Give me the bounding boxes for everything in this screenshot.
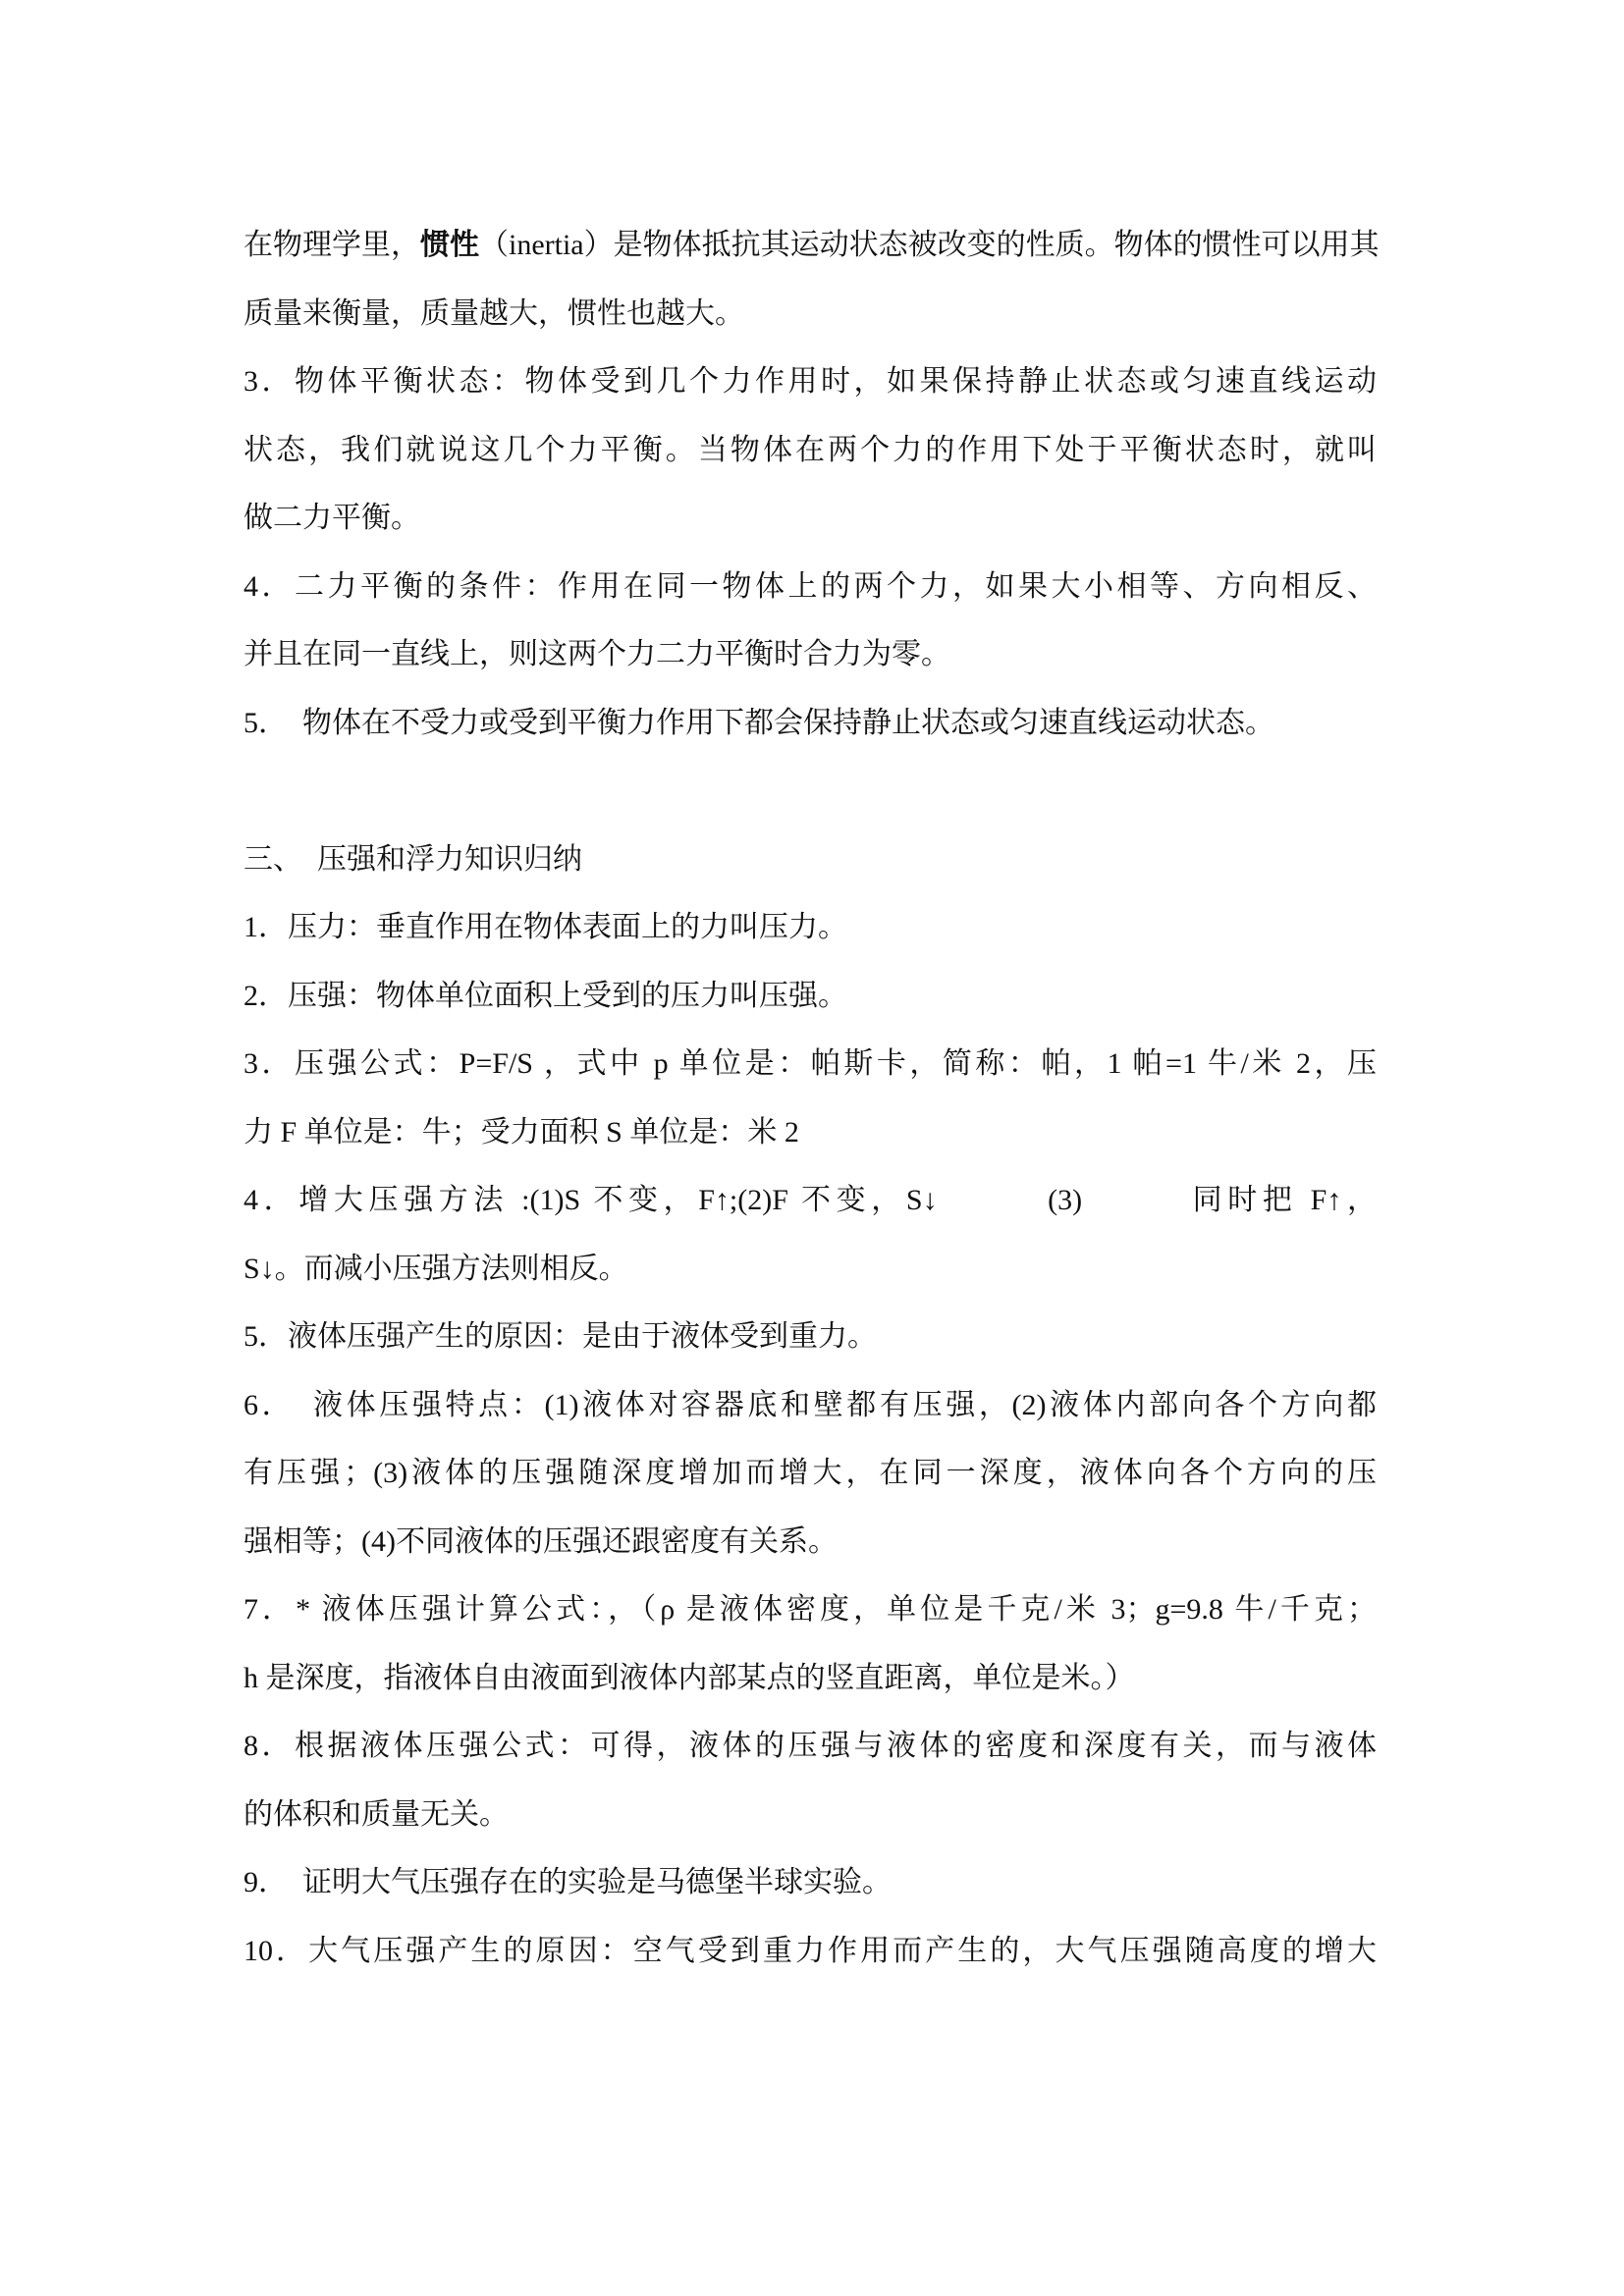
document-page: 在物理学里，惯性（inertia）是物体抵抗其运动状态被改变的性质。物体的惯性可… [0,0,1624,2296]
pressure-item-8-conclusion-line-2: 的体积和质量无关。 [244,1781,1377,1849]
pressure-item-4-methods-line-2: S↓。而减小压强方法则相反。 [244,1235,1377,1304]
pressure-item-9-magdeburg-line: 9． 证明大气压强存在的实验是马德堡半球实验。 [244,1848,1377,1917]
section-3-heading: 三、 压强和浮力知识归纳 [244,826,1377,894]
pressure-item-3-formula-line-2: 力 F 单位是：牛；受力面积 S 单位是：米 2 [244,1098,1377,1167]
item-5-statement-line: 5． 物体在不受力或受到平衡力作用下都会保持静止状态或匀速直线运动状态。 [244,689,1377,758]
inertia-definition-line-2: 质量来衡量，质量越大，惯性也越大。 [244,280,1377,348]
pressure-item-2-line: 2．压强：物体单位面积上受到的压力叫压强。 [244,962,1377,1031]
document-text-column: 在物理学里，惯性（inertia）是物体抵抗其运动状态被改变的性质。物体的惯性可… [244,211,1377,1985]
pressure-item-6-liquid-features-line-2: 有压强；(3)液体的压强随深度增加而增大，在同一深度，液体向各个方向的压 [244,1439,1377,1508]
pressure-item-8-conclusion-line-1: 8．根据液体压强公式：可得，液体的压强与液体的密度和深度有关，而与液体 [244,1712,1377,1781]
item-3-balance-state-line-2: 状态，我们就说这几个力平衡。当物体在两个力的作用下处于平衡状态时，就叫 [244,416,1377,485]
inertia-definition-line-1: 在物理学里，惯性（inertia）是物体抵抗其运动状态被改变的性质。物体的惯性可… [244,211,1377,280]
pressure-item-10-atmosphere-line: 10．大气压强产生的原因：空气受到重力作用而产生的，大气压强随高度的增大 [244,1917,1377,1986]
item-3-balance-state-line-3: 做二力平衡。 [244,484,1377,553]
item-3-balance-state-line-1: 3．物体平衡状态：物体受到几个力作用时，如果保持静止状态或匀速直线运动 [244,347,1377,416]
pressure-item-4-methods-line-1: 4．增大压强方法 :(1)S 不变，F↑;(2)F 不变，S↓ (3) 同时把 … [244,1166,1377,1235]
inertia-definition-prefix: 在物理学里， [244,229,420,261]
inertia-definition-suffix: （inertia）是物体抵抗其运动状态被改变的性质。物体的惯性可以用其 [479,229,1380,261]
item-4-balance-condition-line-2: 并且在同一直线上，则这两个力二力平衡时合力为零。 [244,620,1377,689]
pressure-item-6-liquid-features-line-3: 强相等；(4)不同液体的压强还跟密度有关系。 [244,1508,1377,1576]
pressure-item-7-liquid-formula-line-1: 7．* 液体压强计算公式：，（ρ 是液体密度，单位是千克/米 3；g=9.8 牛… [244,1575,1377,1644]
blank-line [244,757,1377,826]
pressure-item-1-line: 1．压力：垂直作用在物体表面上的力叫压力。 [244,893,1377,962]
pressure-item-6-liquid-features-line-1: 6． 液体压强特点：(1)液体对容器底和壁都有压强，(2)液体内部向各个方向都 [244,1371,1377,1440]
inertia-bold-term: 惯性 [420,229,479,261]
pressure-item-7-liquid-formula-line-2: h 是深度，指液体自由液面到液体内部某点的竖直距离，单位是米。） [244,1644,1377,1713]
pressure-item-3-formula-line-1: 3．压强公式：P=F/S ，式中 p 单位是：帕斯卡，简称：帕，1 帕=1 牛/… [244,1030,1377,1098]
pressure-item-5-liquid-cause-line: 5．液体压强产生的原因：是由于液体受到重力。 [244,1303,1377,1371]
item-4-balance-condition-line-1: 4．二力平衡的条件：作用在同一物体上的两个力，如果大小相等、方向相反、 [244,553,1377,621]
